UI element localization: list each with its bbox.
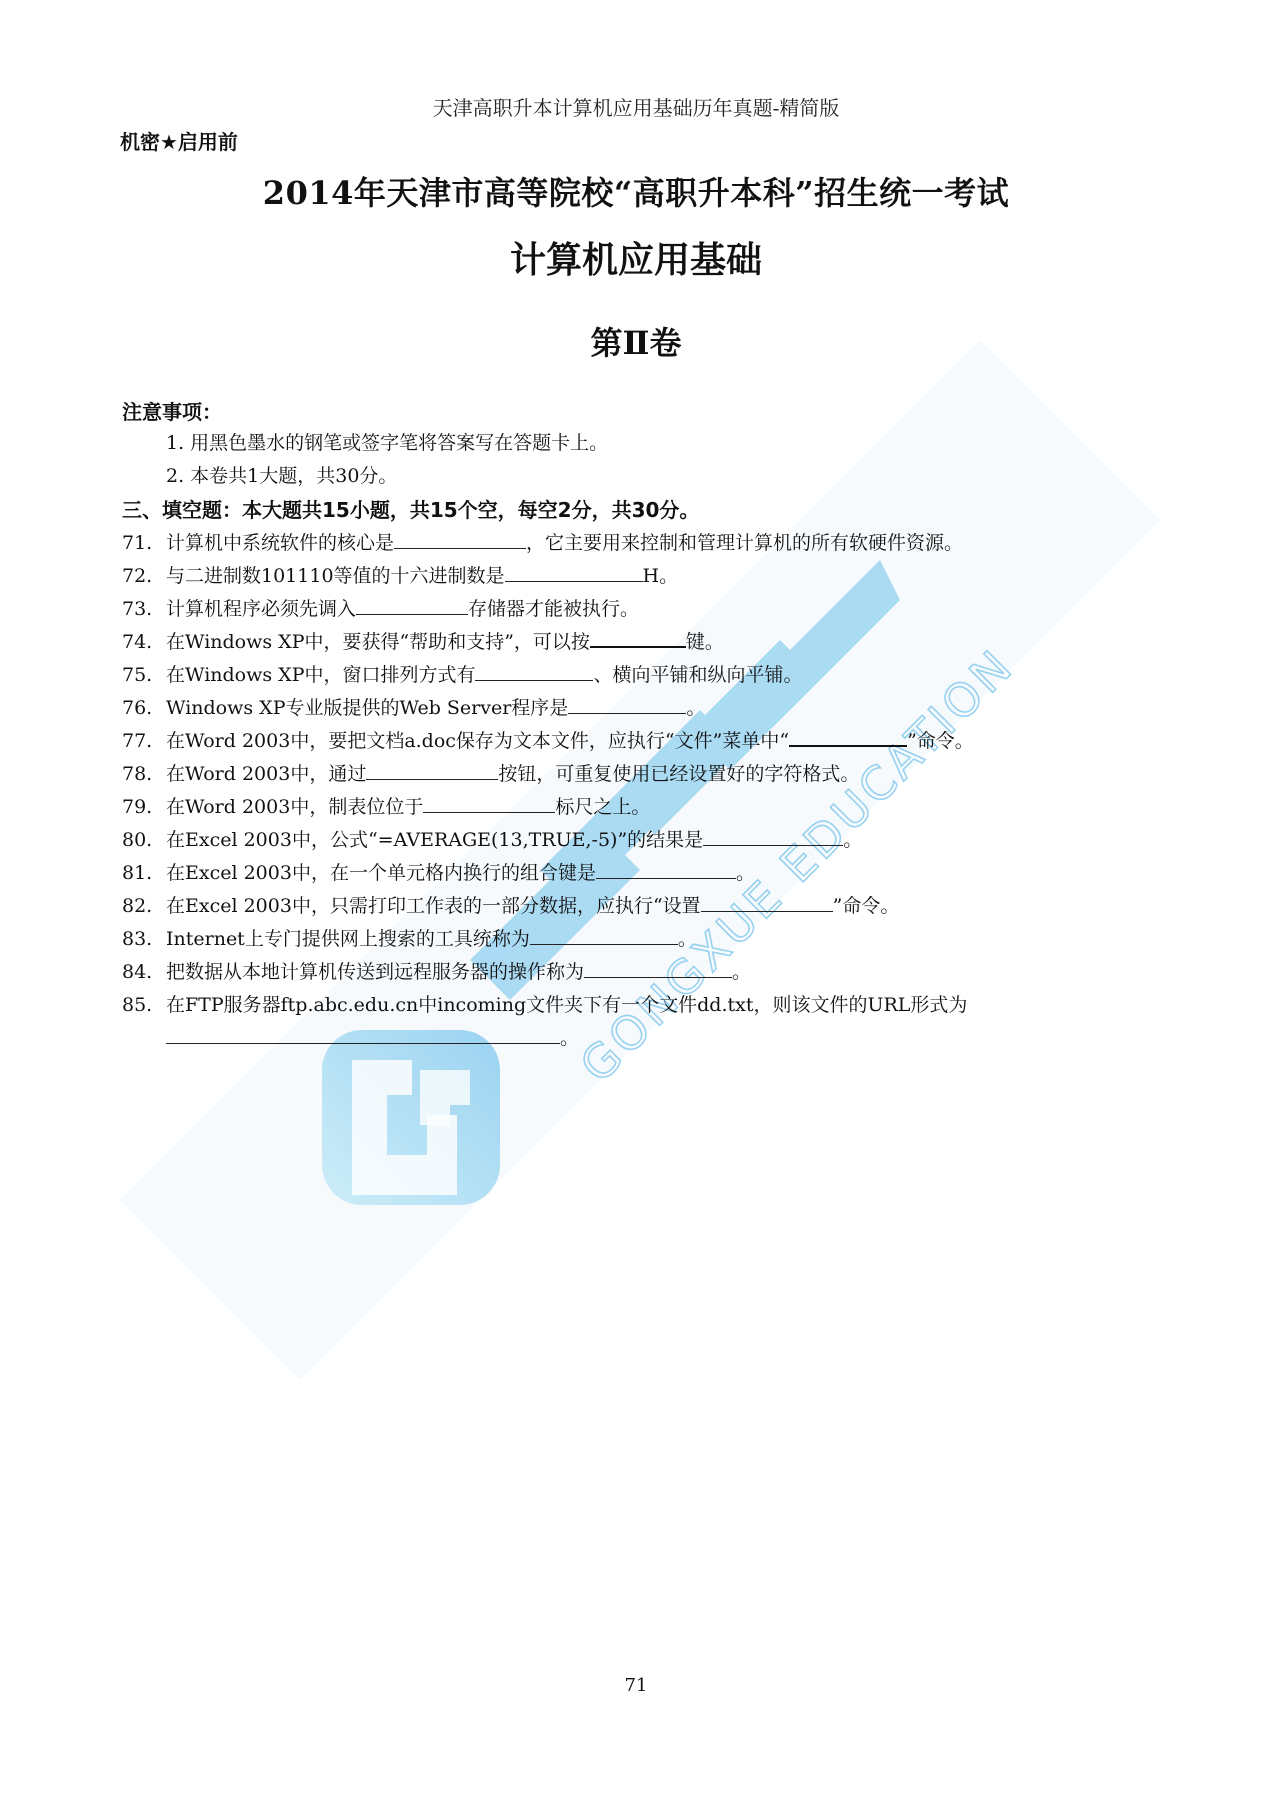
question-76: 76.Windows XP专业版提供的Web Server程序是。 [122,693,705,720]
answer-blank[interactable] [356,596,468,615]
question-71: 71.计算机中系统软件的核心是，它主要用来控制和管理计算机的所有软硬件资源。 [122,528,963,555]
question-number: 71. [122,532,166,554]
section-heading: 三、填空题：本大题共15小题，共15个空，每空2分，共30分。 [122,494,699,523]
question-81: 81.在Excel 2003中，在一个单元格内换行的组合键是。 [122,858,755,885]
question-78: 78.在Word 2003中，通过按钮，可重复使用已经设置好的字符格式。 [122,759,859,786]
notice-item: 2. 本卷共1大题，共30分。 [166,461,397,488]
question-number: 79. [122,796,166,818]
answer-blank[interactable] [394,530,526,549]
running-header: 天津高职升本计算机应用基础历年真题-精简版 [0,92,1272,121]
question-number: 78. [122,763,166,785]
question-79: 79.在Word 2003中，制表位位于标尺之上。 [122,792,650,819]
question-number: 72. [122,565,166,587]
question-75: 75.在Windows XP中，窗口排列方式有、横向平铺和纵向平铺。 [122,660,803,687]
answer-blank[interactable] [584,959,732,978]
answer-blank[interactable] [505,563,643,582]
question-77: 77.在Word 2003中，要把文档a.doc保存为文本文件，应执行“文件”菜… [122,726,974,753]
question-80: 80.在Excel 2003中，公式“=AVERAGE(13,TRUE,-5)”… [122,825,862,852]
page-number: 71 [0,1675,1272,1696]
answer-blank[interactable] [475,662,593,681]
answer-blank[interactable] [423,794,555,813]
question-number: 80. [122,829,166,851]
question-number: 76. [122,697,166,719]
answer-blank[interactable] [596,860,736,879]
question-82: 82.在Excel 2003中，只需打印工作表的一部分数据，应执行“设置”命令。 [122,891,899,918]
exam-title: 2014年天津市高等院校“高职升本科”招生统一考试 [0,168,1272,214]
question-74: 74.在Windows XP中，要获得“帮助和支持”，可以按键。 [122,627,724,654]
answer-blank[interactable] [366,761,498,780]
answer-blank[interactable] [701,893,833,912]
subject-title: 计算机应用基础 [0,232,1272,283]
question-84: 84.把数据从本地计算机传送到远程服务器的操作称为。 [122,957,751,984]
question-number: 85. [122,994,166,1016]
question-number: 73. [122,598,166,620]
question-number: 74. [122,631,166,653]
question-83: 83.Internet上专门提供网上搜索的工具统称为。 [122,924,697,951]
notice-heading: 注意事项： [122,396,222,425]
volume-title: 第Ⅱ卷 [0,318,1272,364]
question-73: 73.计算机程序必须先调入存储器才能被执行。 [122,594,639,621]
answer-blank[interactable] [568,695,686,714]
answer-blank[interactable] [530,926,678,945]
document-page: 天津高职升本计算机应用基础历年真题-精简版 机密★启用前 2014年天津市高等院… [0,0,1272,1800]
answer-blank[interactable] [590,628,686,648]
notice-item: 1. 用黑色墨水的钢笔或签字笔将答案写在答题卡上。 [166,428,608,455]
question-number: 77. [122,730,166,752]
answer-blank[interactable] [789,727,907,747]
answer-blank[interactable] [703,827,843,846]
question-number: 83. [122,928,166,950]
question-85-continuation: 。 [166,1023,579,1050]
question-72: 72.与二进制数101110等值的十六进制数是H。 [122,561,678,588]
confidential-label: 机密★启用前 [120,126,238,155]
question-85: 85.在FTP服务器ftp.abc.edu.cn中incoming文件夹下有一个… [122,990,967,1017]
question-number: 81. [122,862,166,884]
question-number: 82. [122,895,166,917]
question-number: 75. [122,664,166,686]
question-number: 84. [122,961,166,983]
answer-blank[interactable] [166,1025,560,1044]
